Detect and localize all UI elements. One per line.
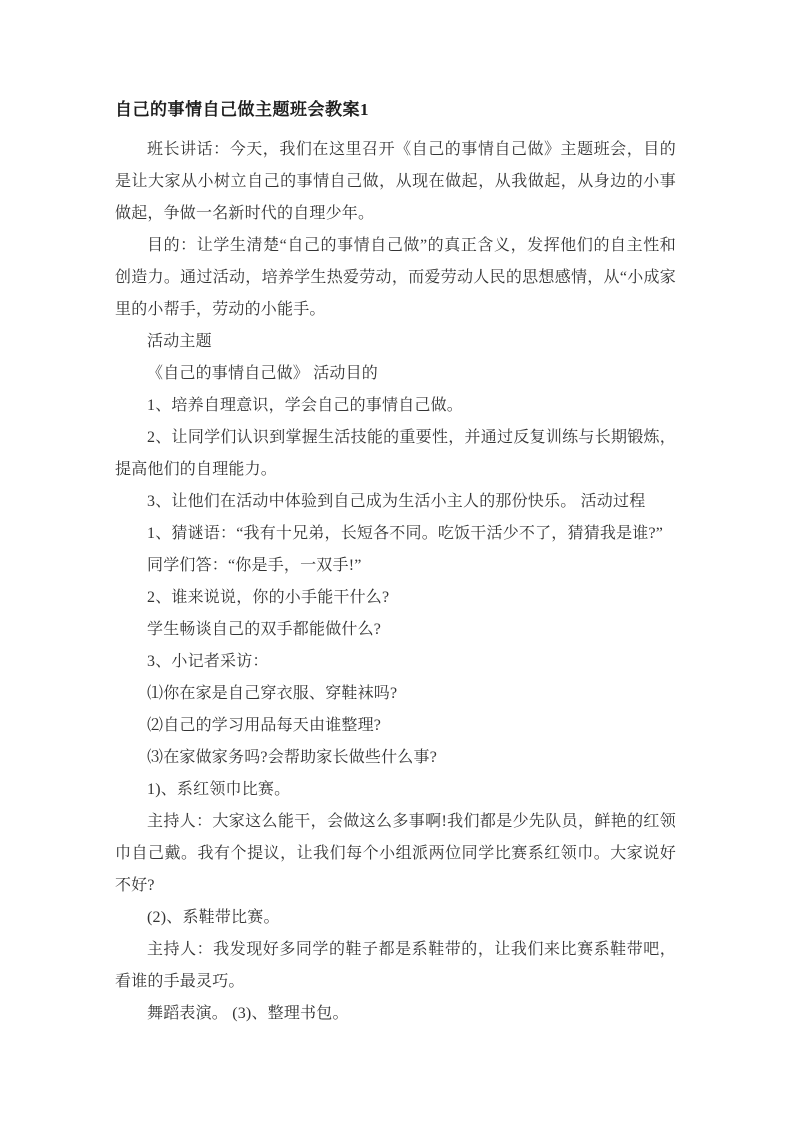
paragraph: (2)、系鞋带比赛。: [115, 902, 676, 934]
paragraph: 1、猜谜语：“我有十兄弟，长短各不同。吃饭干活少不了，猜猜我是谁?”: [115, 518, 676, 550]
paragraph: 3、让他们在活动中体验到自己成为生活小主人的那份快乐。 活动过程: [115, 486, 676, 518]
paragraph: ⑶在家做家务吗?会帮助家长做些什么事?: [115, 742, 676, 774]
paragraph: 学生畅谈自己的双手都能做什么?: [115, 614, 676, 646]
paragraph: ⑵自己的学习用品每天由谁整理?: [115, 710, 676, 742]
paragraph: 主持人：我发现好多同学的鞋子都是系鞋带的，让我们来比赛系鞋带吧，看谁的手最灵巧。: [115, 934, 676, 998]
paragraph: 主持人：大家这么能干，会做这么多事啊!我们都是少先队员，鲜艳的红领巾自己戴。我有…: [115, 806, 676, 902]
paragraph: 活动主题: [115, 326, 676, 358]
paragraph: 1、培养自理意识，学会自己的事情自己做。: [115, 390, 676, 422]
document-page: 自己的事情自己做主题班会教案1 班长讲话：今天，我们在这里召开《自己的事情自己做…: [0, 0, 793, 1122]
paragraph: 目的：让学生清楚“自己的事情自己做”的真正含义，发挥他们的自主性和创造力。通过活…: [115, 230, 676, 326]
paragraph: 1)、系红领巾比赛。: [115, 774, 676, 806]
paragraph: 2、让同学们认识到掌握生活技能的重要性，并通过反复训练与长期锻炼，提高他们的自理…: [115, 422, 676, 486]
paragraph: 3、小记者采访：: [115, 646, 676, 678]
paragraph: 同学们答：“你是手，一双手!”: [115, 550, 676, 582]
paragraph: 《自己的事情自己做》 活动目的: [115, 358, 676, 390]
paragraph: ⑴你在家是自己穿衣服、穿鞋袜吗?: [115, 678, 676, 710]
paragraph: 2、谁来说说，你的小手能干什么?: [115, 582, 676, 614]
paragraph: 班长讲话：今天，我们在这里召开《自己的事情自己做》主题班会，目的是让大家从小树立…: [115, 134, 676, 230]
paragraph: 舞蹈表演。 (3)、整理书包。: [115, 998, 676, 1030]
page-title: 自己的事情自己做主题班会教案1: [115, 99, 676, 120]
